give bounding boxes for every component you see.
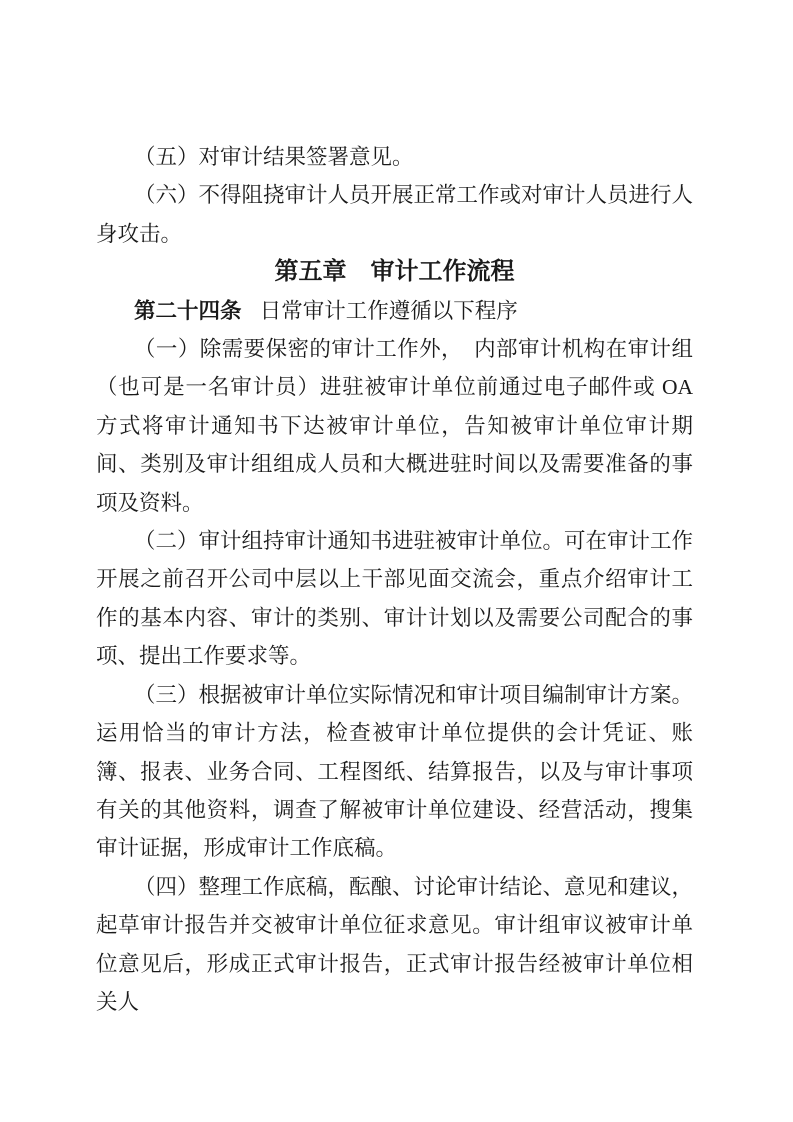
document-body: （五）对审计结果签署意见。（六）不得阻挠审计人员开展正常工作或对审计人员进行人身… — [96, 138, 693, 1021]
article-number: 第二十四条 — [134, 299, 242, 323]
article-title: 日常审计工作遵循以下程序 — [260, 299, 518, 323]
document-page: （五）对审计结果签署意见。（六）不得阻挠审计人员开展正常工作或对审计人员进行人身… — [0, 0, 793, 1122]
paragraph: （一）除需要保密的审计工作外， 内部审计机构在审计组（也可是一名审计员）进驻被审… — [96, 330, 693, 522]
article-clause: 第二十四条日常审计工作遵循以下程序 — [96, 292, 693, 330]
paragraph: （四）整理工作底稿，酝酿、讨论审计结论、意见和建议，起草审计报告并交被审计单位征… — [96, 868, 693, 1022]
paragraph: （三）根据被审计单位实际情况和审计项目编制审计方案。运用恰当的审计方法，检查被审… — [96, 676, 693, 868]
paragraph: （六）不得阻挠审计人员开展正常工作或对审计人员进行人身攻击。 — [96, 176, 693, 253]
paragraph: （二）审计组持审计通知书进驻被审计单位。可在审计工作开展之前召开公司中层以上干部… — [96, 522, 693, 676]
chapter-heading: 第五章 审计工作流程 — [96, 253, 693, 291]
paragraph: （五）对审计结果签署意见。 — [96, 138, 693, 176]
